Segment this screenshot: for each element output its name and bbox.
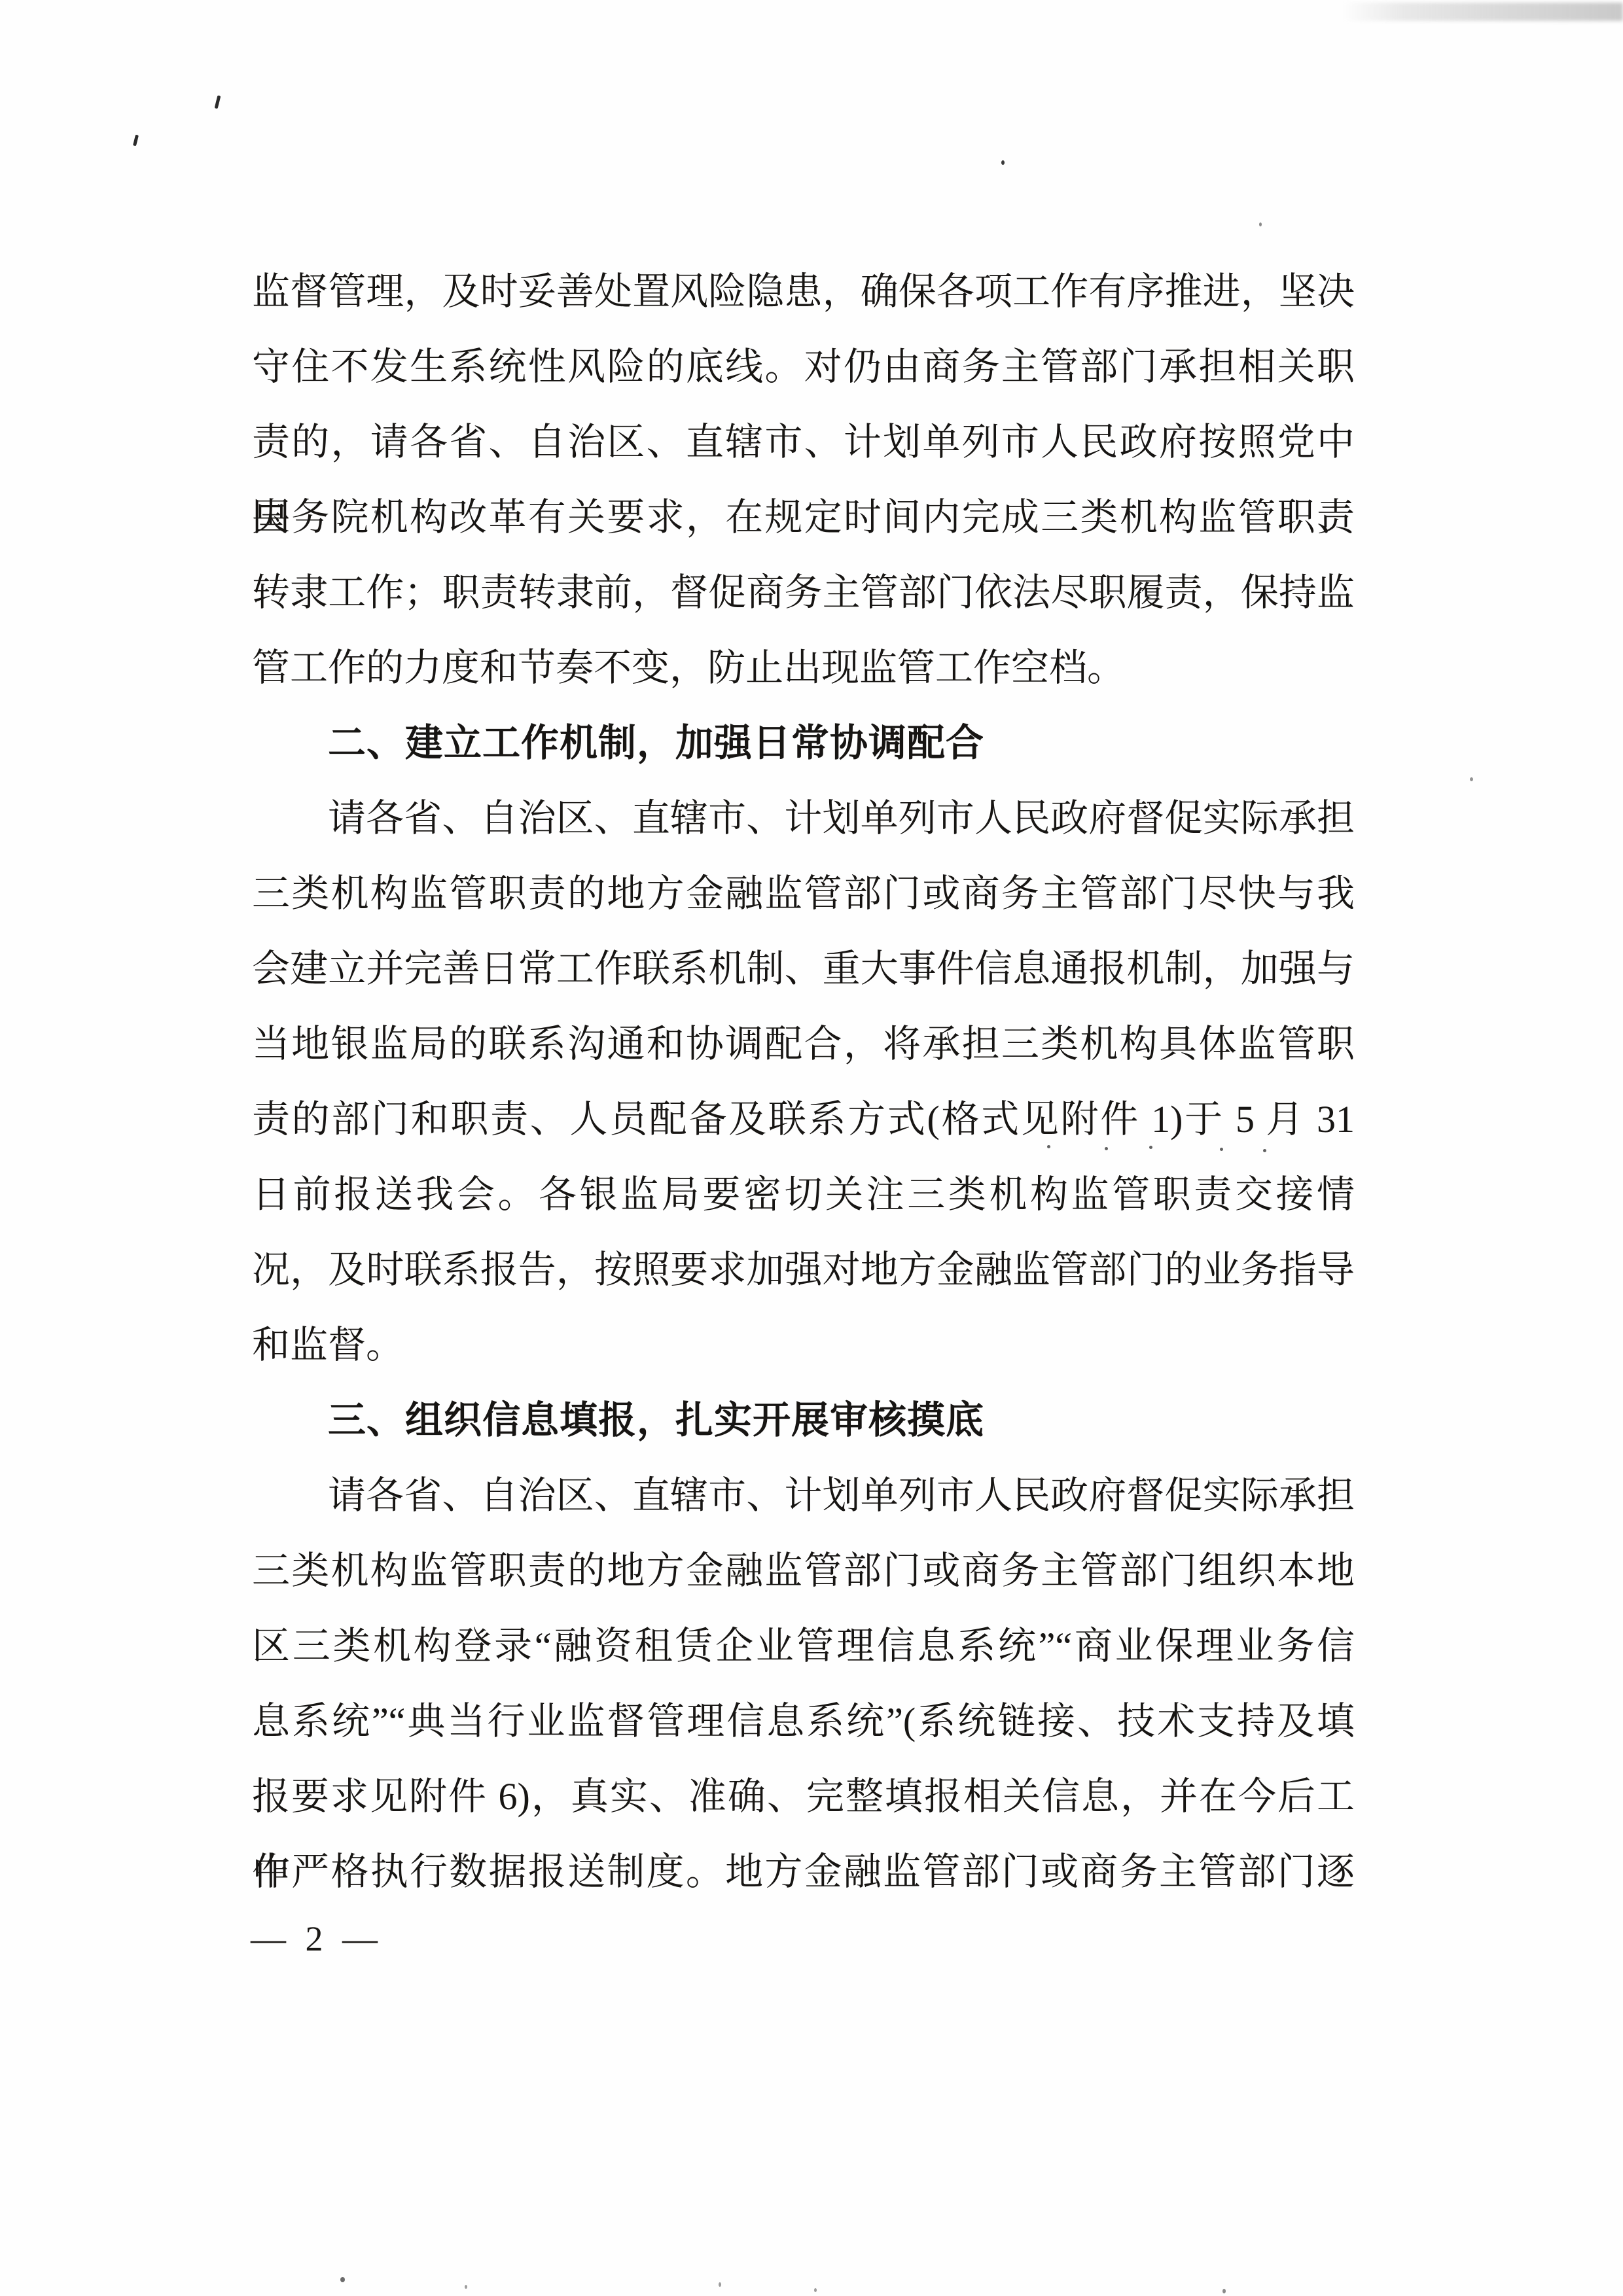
text-line: 请各省、自治区、直辖市、计划单列市人民政府督促实际承担 — [252, 1458, 1355, 1533]
section-heading: 三、组织信息填报，扎实开展审核摸底 — [252, 1383, 1355, 1458]
scan-speck — [465, 2285, 467, 2289]
scan-speck — [1001, 160, 1005, 165]
text-line: 三类机构监管职责的地方金融监管部门或商务主管部门组织本地 — [252, 1533, 1355, 1608]
text-line: 国务院机构改革有关要求，在规定时间内完成三类机构监管职责 — [252, 480, 1355, 555]
text-line: 请各省、自治区、直辖市、计划单列市人民政府督促实际承担 — [252, 781, 1355, 856]
scan-speck — [1470, 777, 1473, 781]
text-line: 守住不发生系统性风险的底线。对仍由商务主管部门承担相关职 — [252, 329, 1355, 404]
scan-speck — [340, 2277, 345, 2282]
document-page: 监督管理，及时妥善处置风险隐患，确保各项工作有序推进，坚决守住不发生系统性风险的… — [0, 0, 1623, 2296]
text-line: 会建立并完善日常工作联系机制、重大事件信息通报机制，加强与 — [252, 931, 1355, 1006]
text-line: 转隶工作；职责转隶前，督促商务主管部门依法尽职履责，保持监 — [252, 555, 1355, 630]
document-body: 监督管理，及时妥善处置风险隐患，确保各项工作有序推进，坚决守住不发生系统性风险的… — [252, 254, 1355, 1909]
section-heading: 二、建立工作机制，加强日常协调配合 — [252, 705, 1355, 781]
scan-smudge-top-right — [1342, 3, 1623, 21]
text-line: 中严格执行数据报送制度。地方金融监管部门或商务主管部门逐 — [252, 1834, 1355, 1909]
text-line: 息系统”“典当行业监督管理信息系统”(系统链接、技术支持及填 — [252, 1684, 1355, 1759]
text-line: 责的部门和职责、人员配备及联系方式(格式见附件 1)于 5 月 31 — [252, 1082, 1355, 1157]
scan-speck — [1259, 222, 1262, 226]
page-number: — 2 — — [251, 1901, 383, 1976]
text-line: 监督管理，及时妥善处置风险隐患，确保各项工作有序推进，坚决 — [252, 254, 1355, 329]
scan-speck — [1222, 2289, 1226, 2293]
text-line: 当地银监局的联系沟通和协调配合，将承担三类机构具体监管职 — [252, 1006, 1355, 1082]
text-line: 和监督。 — [252, 1307, 1355, 1383]
text-line: 日前报送我会。各银监局要密切关注三类机构监管职责交接情 — [252, 1157, 1355, 1232]
scan-speck — [215, 96, 221, 109]
text-line: 三类机构监管职责的地方金融监管部门或商务主管部门尽快与我 — [252, 856, 1355, 931]
scan-speck — [133, 135, 139, 147]
text-line: 管工作的力度和节奏不变，防止出现监管工作空档。 — [252, 630, 1355, 705]
scan-speck — [814, 2288, 817, 2292]
text-line: 况，及时联系报告，按照要求加强对地方金融监管部门的业务指导 — [252, 1232, 1355, 1307]
text-line: 责的，请各省、自治区、直辖市、计划单列市人民政府按照党中央、 — [252, 404, 1355, 480]
scan-speck — [719, 2282, 721, 2287]
text-line: 区三类机构登录“融资租赁企业管理信息系统”“商业保理业务信 — [252, 1608, 1355, 1684]
text-line: 报要求见附件 6)，真实、准确、完整填报相关信息，并在今后工作 — [252, 1759, 1355, 1834]
